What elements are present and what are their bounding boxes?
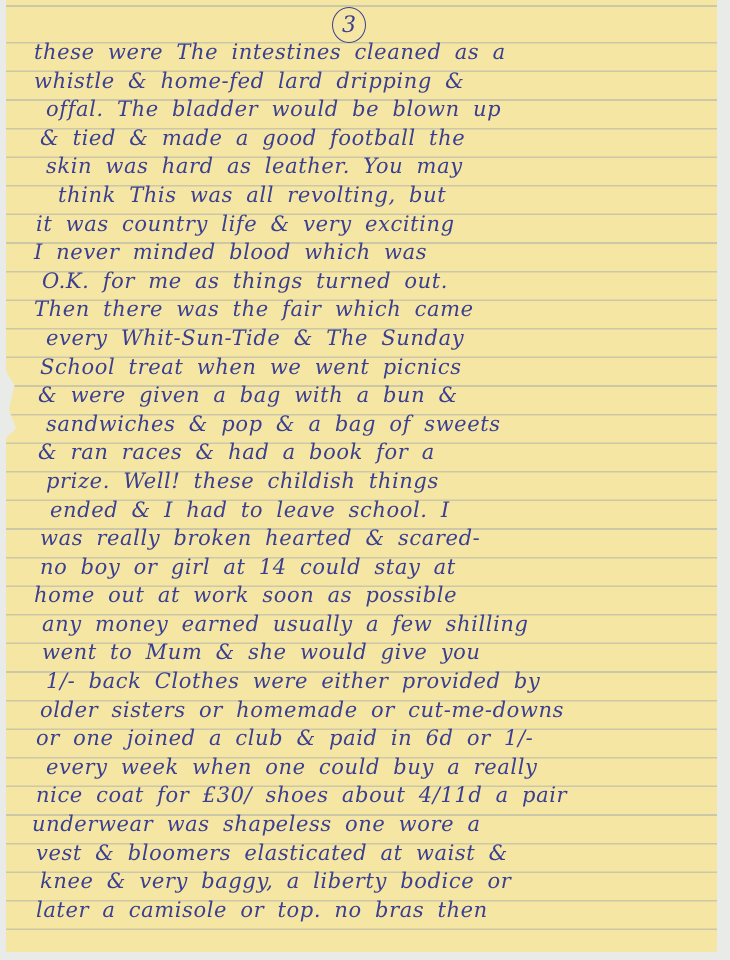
handwritten-line: it was country life & very exciting [0,210,730,239]
handwritten-line: offal. The bladder would be blown up [0,95,730,124]
scanned-page: 3 these were The intestines cleaned as a… [0,0,730,960]
handwritten-line: & ran races & had a book for a [0,438,730,467]
handwritten-text-block: these were The intestines cleaned as awh… [0,38,730,924]
handwritten-line: & tied & made a good football the [0,124,730,153]
handwritten-line: O.K. for me as things turned out. [0,267,730,296]
handwritten-line: 1/- back Clothes were either provided by [0,667,730,696]
handwritten-line: skin was hard as leather. You may [0,152,730,181]
handwritten-line: underwear was shapeless one wore a [0,810,730,839]
handwritten-line: School treat when we went picnics [0,353,730,382]
handwritten-line: whistle & home-fed lard dripping & [0,67,730,96]
handwritten-line: went to Mum & she would give you [0,638,730,667]
handwritten-line: was really broken hearted & scared- [0,524,730,553]
handwritten-line: knee & very baggy, a liberty bodice or [0,867,730,896]
handwritten-line: or one joined a club & paid in 6d or 1/- [0,724,730,753]
handwritten-line: prize. Well! these childish things [0,467,730,496]
handwritten-line: sandwiches & pop & a bag of sweets [0,410,730,439]
handwritten-line: vest & bloomers elasticated at waist & [0,839,730,868]
handwritten-line: nice coat for £30/ shoes about 4/11d a p… [0,781,730,810]
handwritten-line: later a camisole or top. no bras then [0,896,730,925]
handwritten-line: every Whit-Sun-Tide & The Sunday [0,324,730,353]
handwritten-line: these were The intestines cleaned as a [0,38,730,67]
handwritten-line: older sisters or homemade or cut-me-down… [0,696,730,725]
handwritten-line: Then there was the fair which came [0,295,730,324]
handwritten-line: & were given a bag with a bun & [0,381,730,410]
handwritten-line: no boy or girl at 14 could stay at [0,553,730,582]
handwritten-line: ended & I had to leave school. I [0,496,730,525]
handwritten-line: think This was all revolting, but [0,181,730,210]
handwritten-line: home out at work soon as possible [0,581,730,610]
handwritten-line: any money earned usually a few shilling [0,610,730,639]
handwritten-line: I never minded blood which was [0,238,730,267]
handwritten-line: every week when one could buy a really [0,753,730,782]
